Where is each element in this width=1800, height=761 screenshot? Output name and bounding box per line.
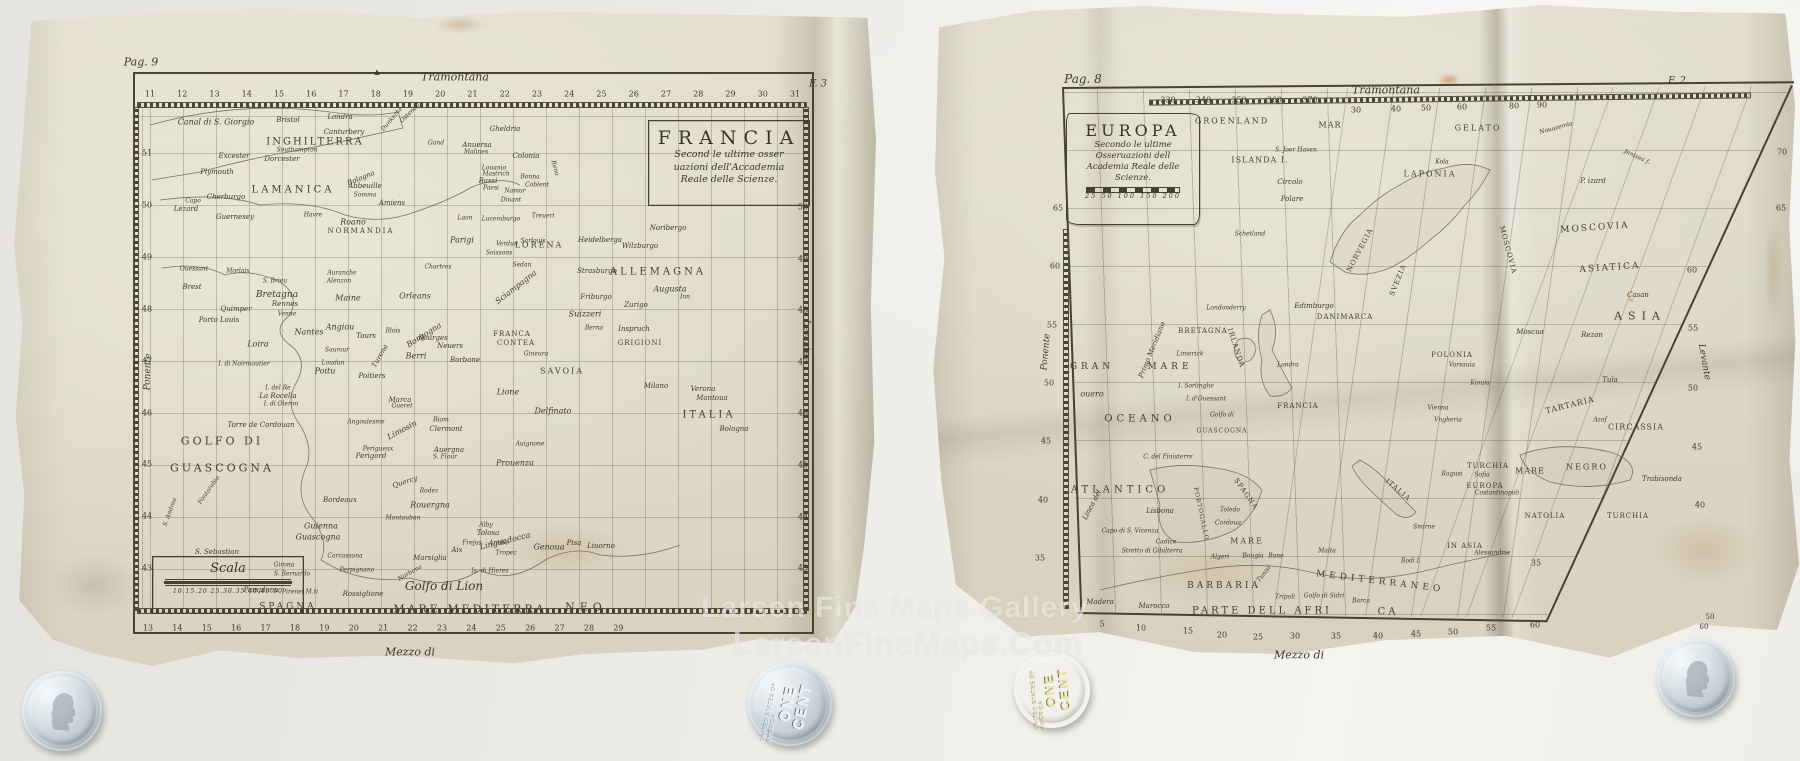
right-map-subtitle-3: Academia Reale delle	[1067, 162, 1199, 173]
watermark-line-2: LarsenFineMaps.Com	[733, 626, 1084, 663]
left-map-scale-box: Scala 10.15.20 25.30.35.40.45.50	[152, 556, 304, 614]
left-map-scale-bar	[164, 581, 292, 584]
steel-cent-obverse-right	[1657, 639, 1735, 717]
left-map-degree-band-top	[138, 103, 806, 107]
right-map-subtitle-1: Secondo le ultime	[1067, 140, 1199, 151]
left-map-subtitle-1: Second le ultime osser	[649, 149, 809, 162]
steel-cent-reverse: UNITED STATES OF AMERICAONECENT	[748, 662, 832, 746]
left-map-subtitle-3: Reale delle Scienze.	[649, 174, 809, 187]
left-map-cartouche: FRANCIA Second le ultime osser uazioni d…	[648, 120, 810, 206]
right-map-title: EUROPA	[1067, 121, 1199, 140]
coin-reverse-design: UNITED STATES OF AMERICAONECENT	[740, 654, 840, 754]
coin-cent-text: CENT	[1056, 667, 1073, 711]
brass-cent-reverse: UNITED STATES OF AMERICAONECENT	[1014, 652, 1090, 728]
lincoln-bust-icon	[1663, 645, 1729, 711]
right-map-cartouche: EUROPA Secondo le ultime Osseruazioni de…	[1066, 113, 1200, 225]
right-map-subtitle-4: Scienze.	[1067, 173, 1199, 184]
left-map-degree-band-left	[134, 108, 138, 610]
left-map-scale-label: Scala	[153, 561, 303, 576]
right-map-subtitle-2: Osseruazioni dell	[1067, 151, 1199, 162]
right-map-scale-numbers: 25 50 100 150 200	[1067, 192, 1199, 200]
watermark-line-1: Larsen Fine Maps Gallery	[701, 591, 1088, 625]
left-map-subtitle-2: uazioni dell'Accademia	[649, 162, 809, 175]
left-map-title: FRANCIA	[649, 127, 809, 149]
right-map-degree-band-left	[1064, 230, 1068, 608]
steel-cent-obverse-left	[22, 671, 102, 751]
photo-of-antique-maps: FRANCIA Second le ultime osser uazioni d…	[0, 0, 1800, 761]
lincoln-bust-icon	[28, 677, 95, 744]
left-map-scale-numbers: 10.15.20 25.30.35.40.45.50	[153, 588, 303, 595]
